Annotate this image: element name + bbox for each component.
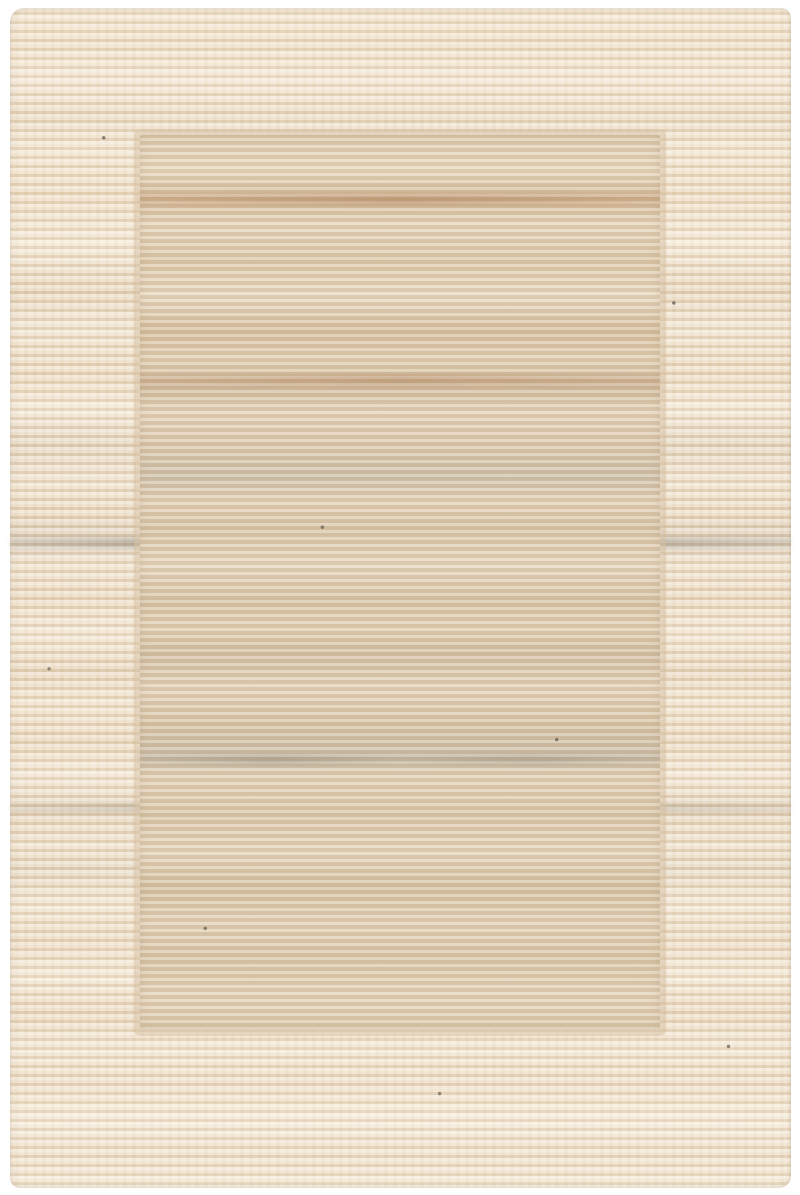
rug xyxy=(10,8,791,1188)
rust-stripe xyxy=(140,375,660,385)
rust-stripe xyxy=(140,195,660,205)
dark-stripe xyxy=(140,755,660,765)
inner-panel xyxy=(140,135,660,1030)
